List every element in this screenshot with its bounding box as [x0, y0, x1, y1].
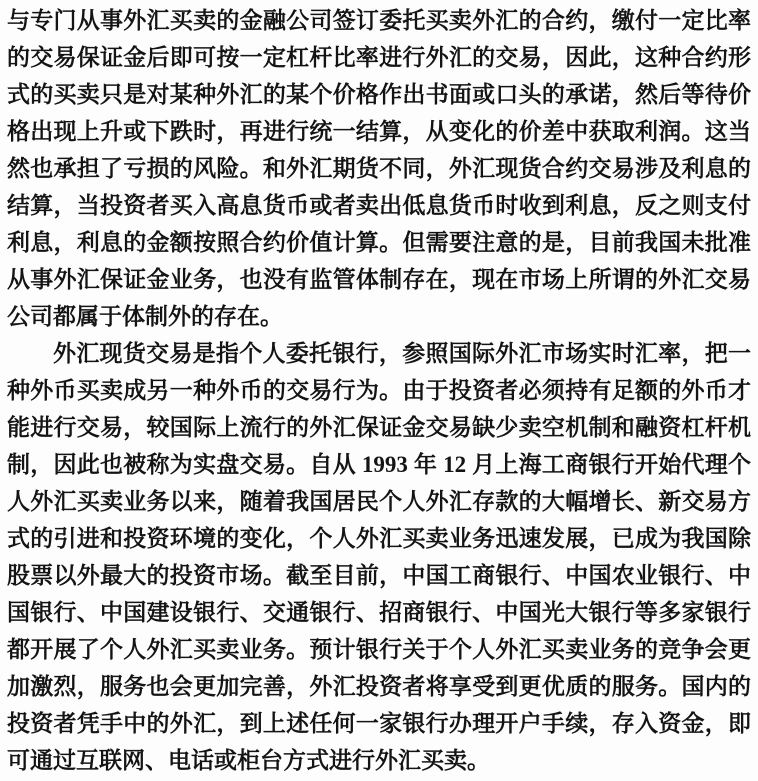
- paragraph-forex-contract-continuation: 与专门从事外汇买卖的金融公司签订委托买卖外汇的合约，缴付一定比率的交易保证金后即…: [7, 2, 751, 335]
- paragraph-forex-spot-trading: 外汇现货交易是指个人委托银行，参照国际外汇市场实时汇率，把一种外币买卖成另一种外…: [7, 335, 751, 779]
- document-page: 与专门从事外汇买卖的金融公司签订委托买卖外汇的合约，缴付一定比率的交易保证金后即…: [0, 0, 758, 781]
